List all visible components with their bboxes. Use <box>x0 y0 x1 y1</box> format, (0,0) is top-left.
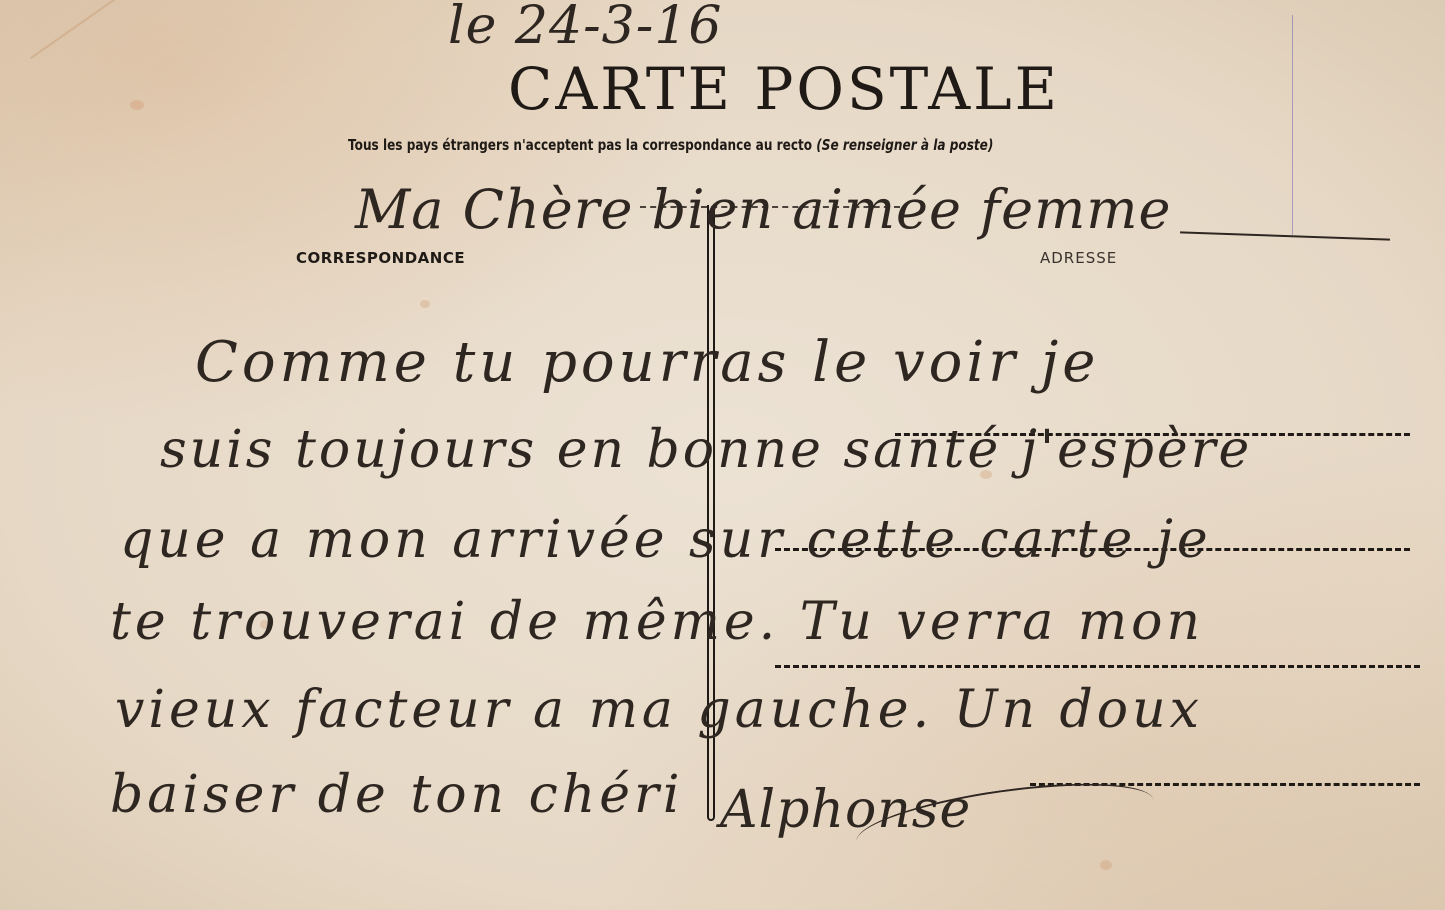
foxing-spot <box>130 100 144 110</box>
notice-text: Tous les pays étrangers n'acceptent pas … <box>348 136 816 154</box>
notice-parenthetical: (Se renseigner à la poste) <box>816 136 993 154</box>
address-label: ADRESSE <box>1040 249 1117 267</box>
postcard-back: le 24-3-16 CARTE POSTALE Tous les pays é… <box>0 0 1445 910</box>
message-line-3: que a mon arrivée sur cette carte je <box>120 510 1212 570</box>
pencil-mark <box>1292 15 1293 235</box>
handwritten-salutation: Ma Chère bien aimée femme <box>355 178 1171 241</box>
correspondence-label: CORRESPONDANCE <box>296 249 465 267</box>
message-line-4: te trouverai de même. Tu verra mon <box>110 592 1204 652</box>
pen-flourish <box>1180 231 1390 240</box>
foxing-spot <box>1100 860 1112 870</box>
message-line-1: Comme tu pourras le voir je <box>195 330 1099 395</box>
message-line-5: vieux facteur a ma gauche. Un doux <box>115 680 1203 740</box>
address-line-3 <box>775 665 1420 668</box>
message-line-6: baiser de ton chéri <box>110 765 683 825</box>
printed-notice: Tous les pays étrangers n'acceptent pas … <box>348 136 993 154</box>
foxing-spot <box>420 300 430 308</box>
message-line-2: suis toujours en bonne santé j'espère <box>160 420 1252 480</box>
paper-crease <box>0 0 146 59</box>
printed-title: CARTE POSTALE <box>508 55 1060 123</box>
handwritten-date: le 24-3-16 <box>448 0 723 56</box>
